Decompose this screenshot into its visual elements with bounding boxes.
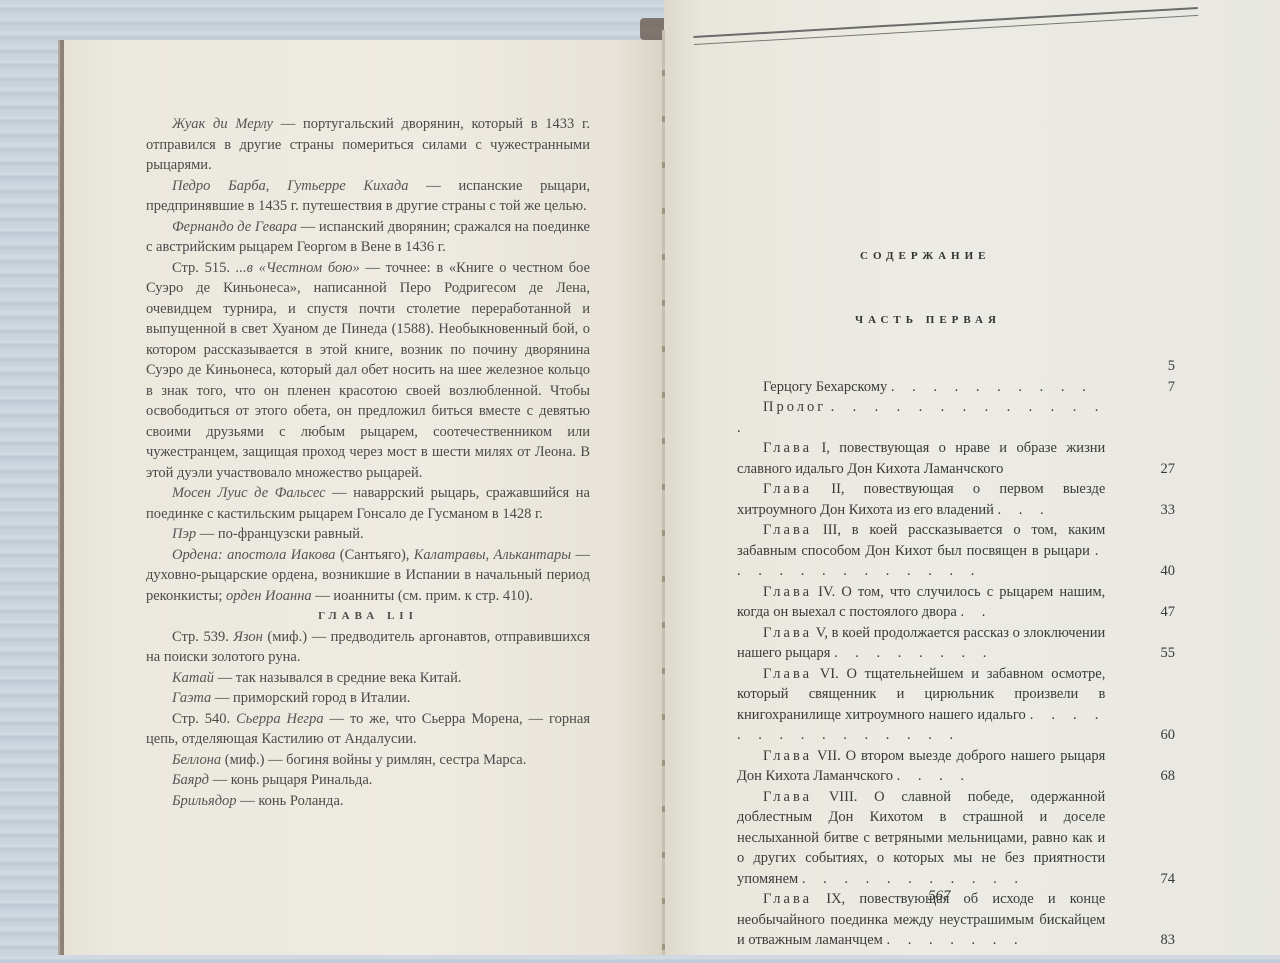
toc-entry: Глава II, повествующая о первом выезде х…	[737, 479, 1177, 520]
note-text: — так назывался в средние века Китай.	[214, 670, 461, 686]
note-page-ref: Стр. 539.	[172, 629, 233, 645]
toc-entry: Герцогу Бехарскому . . . . . . . . . . 7	[737, 377, 1177, 398]
part-title: ЧАСТЬ ПЕРВАЯ	[855, 314, 1001, 326]
toc-entry: Глава VIII. О славной победе, одержанной…	[737, 787, 1177, 890]
note-page-ref: Стр. 540.	[172, 711, 236, 727]
toc-entry-label: Глава	[763, 625, 812, 641]
note: Баярд — конь рыцаря Ринальда.	[146, 770, 590, 791]
note: Педро Барба, Гутьерре Кихада — испанские…	[146, 176, 590, 217]
note: Стр. 540. Сьерра Негра — то же, что Сьер…	[146, 709, 590, 750]
note-term: Беллона	[172, 752, 221, 768]
toc-page-number: 60	[1105, 725, 1177, 746]
note-term: Пэр	[172, 526, 196, 542]
note: Катай — так назывался в средние века Кит…	[146, 668, 590, 689]
toc-entry-label: Глава	[763, 891, 812, 907]
note: Беллона (миф.) — богиня войны у римлян, …	[146, 750, 590, 771]
note-term: Язон	[233, 629, 262, 645]
note: Гаэта — приморский город в Италии.	[146, 688, 590, 709]
toc-page-number: 83	[1105, 930, 1177, 951]
note-text: — приморский город в Италии.	[211, 690, 410, 706]
toc-entry: 5	[737, 356, 1177, 377]
toc-entry-label: Глава	[763, 440, 812, 456]
note: Ордена: апостола Иакова (Сантьяго), Кала…	[146, 545, 590, 607]
toc-entry-label: Глава	[763, 748, 812, 764]
toc-entry: Глава IV. О том, что случилось с рыцарем…	[737, 582, 1177, 623]
note-term: орден Иоанна	[226, 588, 312, 604]
note: Стр. 515. ...в «Честном бою» — точнее: в…	[146, 258, 590, 484]
note-term: Баярд	[172, 772, 209, 788]
note-term: Гаэта	[172, 690, 211, 706]
note: Брильядор — конь Роланда.	[146, 791, 590, 812]
note-term: Жуак ди Мерлу	[172, 116, 273, 132]
toc-page-number: 27	[1105, 459, 1177, 480]
note-term: Ордена: апостола Иакова	[172, 547, 335, 563]
leader-dots: . . . . . . . . . . .	[802, 871, 1025, 887]
chapter-heading: ГЛАВА LII	[146, 606, 590, 627]
note-term: Калатравы, Алькантары	[414, 547, 571, 563]
note-term: ...в «Честном бою»	[236, 260, 360, 276]
note: Мосен Луис де Фальсес — наваррский рыцар…	[146, 483, 590, 524]
leader-dots: . . .	[998, 502, 1051, 518]
note-text: — по-французски равный.	[196, 526, 363, 542]
toc-entry-label: Глава	[763, 481, 812, 497]
toc-entry: Глава VI. О тщательнейшем и забавном осм…	[737, 664, 1177, 746]
note-text: — конь Роланда.	[237, 793, 344, 809]
leader-dots: . . . . . . . .	[834, 645, 993, 661]
note: Фернандо де Гевара — испанский дворянин;…	[146, 217, 590, 258]
toc-entry-label: Глава	[763, 584, 812, 600]
toc-page-number: 7	[1105, 377, 1177, 398]
toc-entry-label: Глава	[763, 666, 812, 682]
note-term: Сьерра Негра	[236, 711, 323, 727]
toc-page-number: 74	[1105, 869, 1177, 890]
note: Пэр — по-французски равный.	[146, 524, 590, 545]
note-text: (миф.) — богиня войны у римлян, сестра М…	[221, 752, 526, 768]
toc-page-number: 40	[1105, 561, 1177, 582]
note: Стр. 539. Язон (миф.) — предводитель арг…	[146, 627, 590, 668]
note: Жуак ди Мерлу — португальский дворянин, …	[146, 114, 590, 176]
toc-page-number: 55	[1105, 643, 1177, 664]
note-text: — конь рыцаря Ринальда.	[209, 772, 372, 788]
note-text: (Сантьяго),	[335, 547, 413, 563]
toc-entry-label: Глава	[763, 522, 812, 538]
toc-entry: Пролог . . . . . . . . . . . . . .	[737, 397, 1177, 438]
note-term: Фернандо де Гевара	[172, 219, 297, 235]
book-spine-stitching	[662, 30, 665, 955]
note-text: — иоанниты (см. прим. к стр. 410).	[312, 588, 533, 604]
table-of-contents: 5 Герцогу Бехарскому . . . . . . . . . .…	[737, 356, 1177, 951]
toc-page-number: 68	[1105, 766, 1177, 787]
toc-entry-label: Пролог	[763, 399, 826, 415]
note-term: Брильядор	[172, 793, 237, 809]
toc-page-number: 33	[1105, 500, 1177, 521]
toc-entry: Глава IX, повествующая об исходе и конце…	[737, 889, 1177, 951]
toc-title: СОДЕРЖАНИЕ	[860, 250, 990, 262]
note-text: — точнее: в «Книге о честном бое Суэро д…	[146, 260, 590, 481]
leader-dots: . .	[960, 604, 992, 620]
toc-entry: Глава III, в коей рассказывается о том, …	[737, 520, 1177, 582]
leader-dots: . . . .	[897, 768, 971, 784]
leader-dots: . . . . . . .	[886, 932, 1024, 948]
left-page-notes: Жуак ди Мерлу — португальский дворянин, …	[146, 114, 590, 811]
note-term: Педро Барба, Гутьерре Кихада	[172, 178, 408, 194]
leader-dots: . . . . . . . . . .	[891, 379, 1093, 395]
toc-entry: Глава I, повествующая о нраве и образе ж…	[737, 438, 1177, 479]
toc-entry: Глава VII. О втором выезде доброго нашег…	[737, 746, 1177, 787]
note-term: Катай	[172, 670, 214, 686]
page-number: 567	[928, 888, 951, 905]
toc-entry: Глава V, в коей продолжается рассказ о з…	[737, 623, 1177, 664]
toc-entry-text: Герцогу Бехарскому	[763, 379, 887, 395]
toc-page-number: 47	[1105, 602, 1177, 623]
note-page-ref: Стр. 515.	[172, 260, 236, 276]
toc-page-number: 5	[1105, 356, 1177, 377]
toc-entry-label: Глава	[763, 789, 812, 805]
note-term: Мосен Луис де Фальсес	[172, 485, 326, 501]
